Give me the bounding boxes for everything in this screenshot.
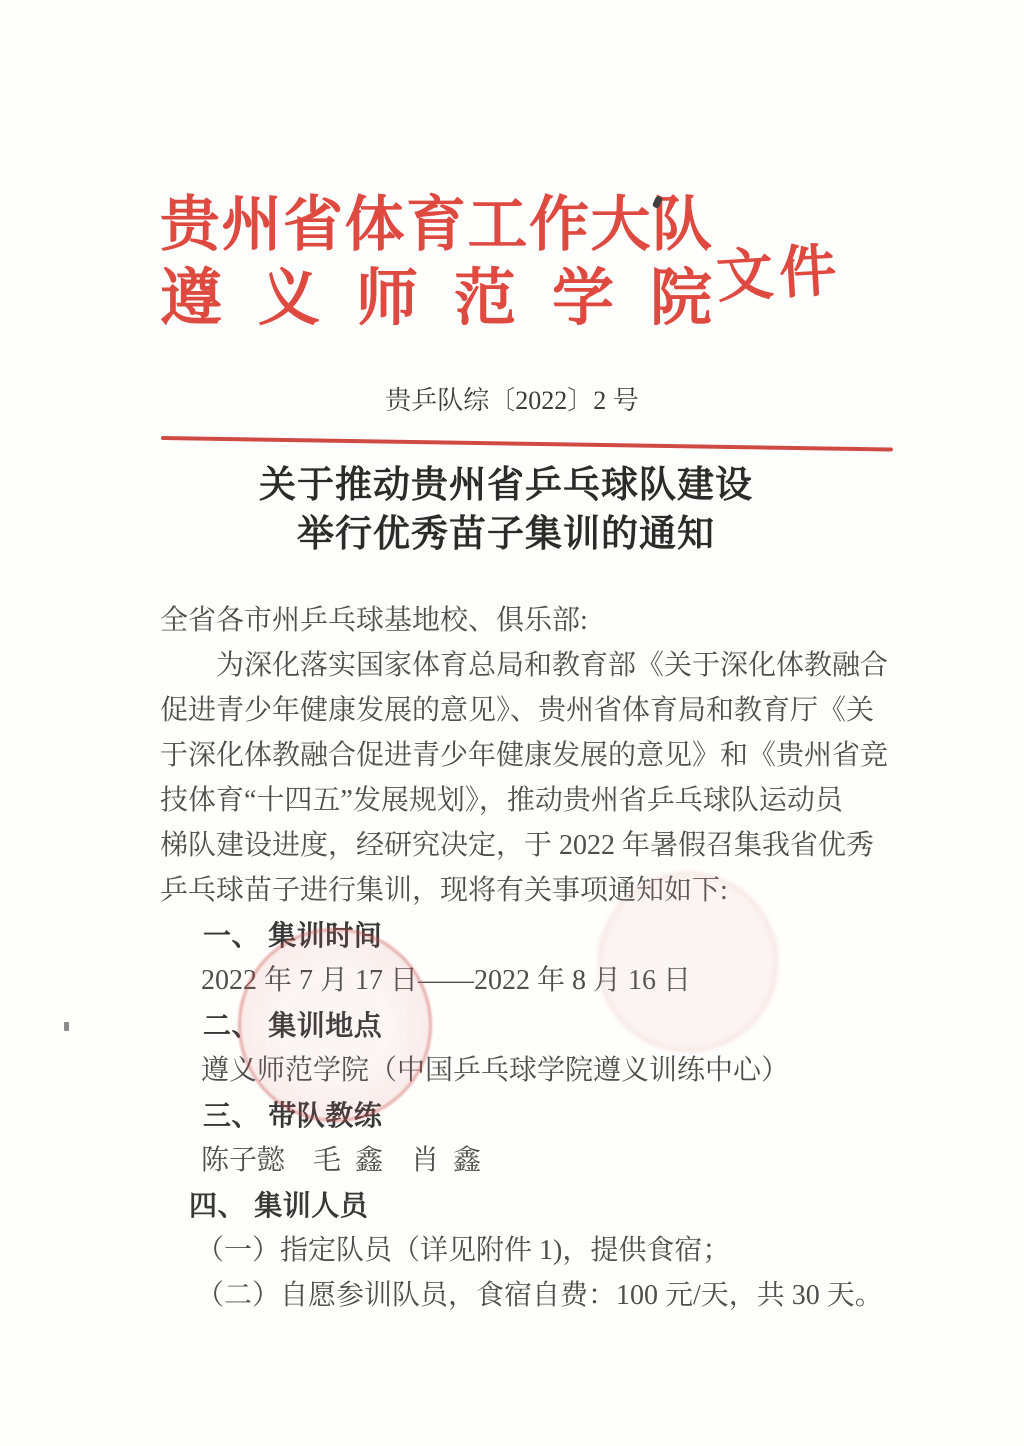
doc-type-label: 文件 <box>714 224 845 314</box>
ink-speck-left-margin <box>64 1022 69 1031</box>
document-title: 关于推动贵州省乒乓球队建设 举行优秀苗子集训的通知 <box>0 460 1012 558</box>
red-divider-rule <box>161 436 893 451</box>
paragraph-line: 梯队建设进度，经研究决定，于 2022 年暑假召集我省优秀 <box>160 823 874 868</box>
doc-number: 贵乒队综〔2022〕2 号 <box>0 380 1024 417</box>
list-item-1: （一）指定队员（详见附件 1)，提供食宿； <box>196 1228 874 1273</box>
agency-name-line1: 贵州省体育工作大队 <box>160 190 712 260</box>
section-heading-4: 四、 集训人员 <box>189 1183 874 1228</box>
paragraph-line: 技体育“十四五”发展规划》，推动贵州省乒乓球队运动员 <box>160 778 874 823</box>
section-heading-1: 一、 集训时间 <box>203 913 874 958</box>
document-title-line2: 举行优秀苗子集训的通知 <box>0 509 1012 558</box>
paragraph-line: 为深化落实国家体育总局和教育部《关于深化体教融合 <box>160 643 874 688</box>
document-title-line1: 关于推动贵州省乒乓球队建设 <box>0 460 1012 509</box>
paragraph-line: 于深化体教融合促进青少年健康发展的意见》和《贵州省竞 <box>160 733 874 778</box>
list-item-2: （二）自愿参训队员，食宿自费：100 元/天，共 30 天。 <box>196 1273 874 1318</box>
document-body: 全省各市州乒乓球基地校、俱乐部: 为深化落实国家体育总局和教育部《关于深化体教融… <box>160 598 874 1318</box>
section-content-2: 遵义师范学院（中国乒乓球学院遵义训练中心） <box>201 1048 874 1093</box>
document-page: 贵州省体育工作大队 遵义师范学院 文件 贵乒队综〔2022〕2 号 关于推动贵州… <box>0 0 1024 1446</box>
section-heading-3: 三、 带队教练 <box>203 1093 874 1138</box>
paragraph-line: 乒乓球苗子进行集训，现将有关事项通知如下: <box>160 868 874 913</box>
section-content-3: 陈子懿 毛 鑫 肖 鑫 <box>201 1138 874 1183</box>
paragraph-line: 促进青少年健康发展的意见》、贵州省体育局和教育厅《关 <box>160 688 874 733</box>
salutation: 全省各市州乒乓球基地校、俱乐部: <box>160 598 874 643</box>
section-heading-2: 二、 集训地点 <box>203 1003 874 1048</box>
section-content-1: 2022 年 7 月 17 日——2022 年 8 月 16 日 <box>201 958 874 1003</box>
agency-name-line2: 遵义师范学院 <box>160 264 712 334</box>
letterhead: 贵州省体育工作大队 遵义师范学院 <box>160 190 712 334</box>
